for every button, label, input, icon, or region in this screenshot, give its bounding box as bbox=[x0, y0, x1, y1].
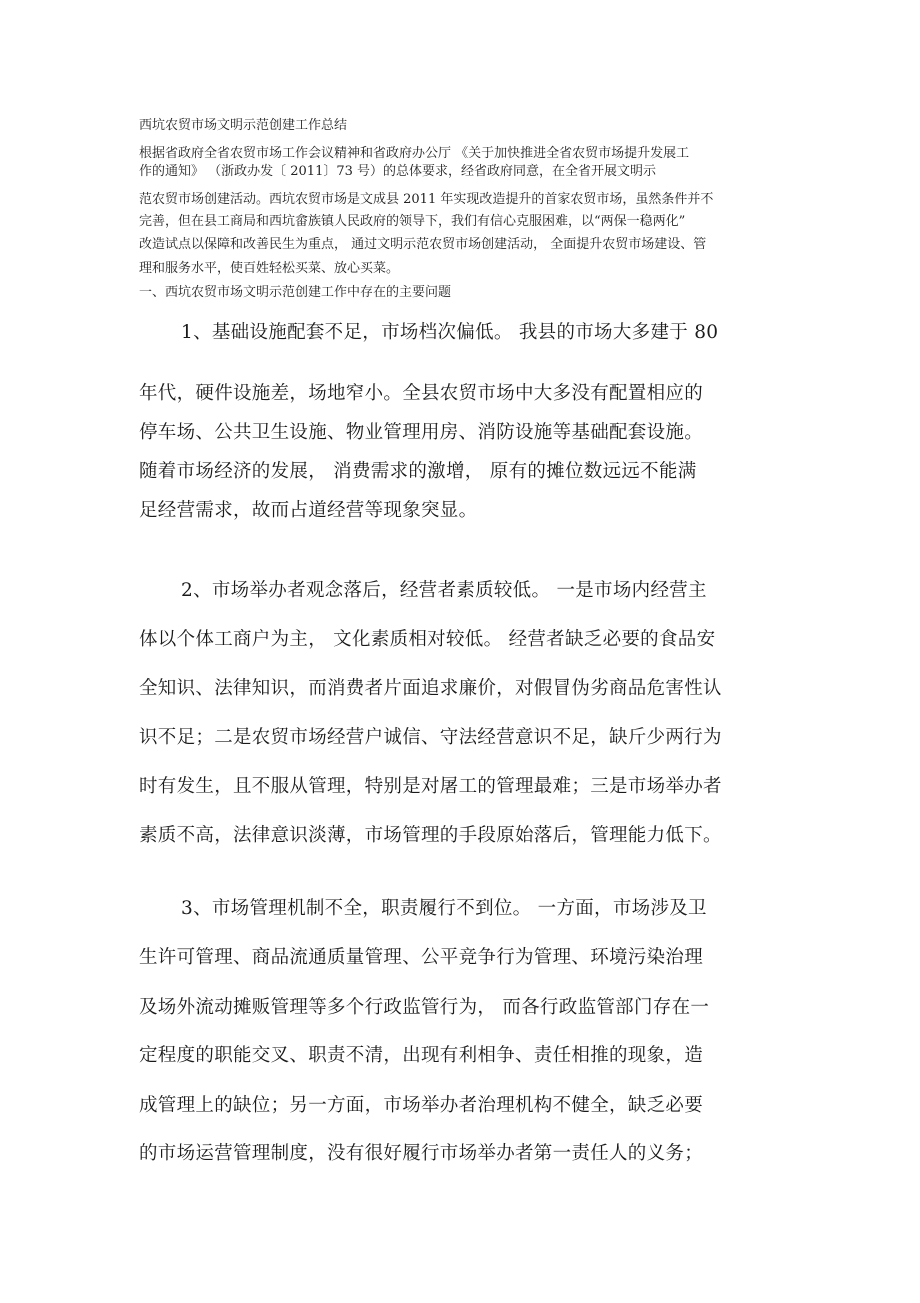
section-3-line: 定程度的职能交叉、职责不清，出现有利相争、责任相推的现象，造 bbox=[139, 1045, 703, 1067]
section-1-first-line: 1、基础设施配套不足，市场档次偏低。 我县的市场大多建于 80 bbox=[181, 322, 718, 344]
section-2-line: 识不足；二是农贸市场经营户诚信、守法经营意识不足，缺斤少两行为 bbox=[139, 727, 722, 749]
section-3-first-line: 3、市场管理机制不全，职责履行不到位。 一方面，市场涉及卫 bbox=[181, 898, 707, 920]
intro-line-3: 范农贸市场创建活动。西坑农贸市场是文成县 2011 年实现改造提升的首家农贸市场… bbox=[139, 192, 713, 208]
intro-line-1: 根据省政府全省农贸市场工作会议精神和省政府办公厅 《关于加快推进全省农贸市场提升… bbox=[139, 146, 689, 162]
section-3-line: 及场外流动摊贩管理等多个行政监管行为， 而各行政监管部门存在一 bbox=[139, 997, 709, 1019]
document-title: 西坑农贸市场文明示范创建工作总结 bbox=[139, 118, 347, 134]
section-3-line: 成管理上的缺位；另一方面，市场举办者治理机构不健全，缺乏必要 bbox=[139, 1095, 703, 1117]
section-3-line: 生许可管理、商品流通质量管理、公平竞争行为管理、环境污染治理 bbox=[139, 947, 703, 969]
section-1-line: 足经营需求，故而占道经营等现象突显。 bbox=[139, 500, 477, 522]
section-2-line: 时有发生，且不服从管理，特别是对屠工的管理最难；三是市场举办者 bbox=[139, 776, 722, 798]
intro-line-4: 完善，但在县工商局和西坑畲族镇人民政府的领导下，我们有信心克服困难，以“两保一稳… bbox=[139, 214, 685, 230]
section-2-line: 素质不高，法律意识淡薄，市场管理的手段原始落后，管理能力低下。 bbox=[139, 825, 722, 847]
intro-line-2: 作的通知》 （浙政办发〔 2011〕73 号）的总体要求，经省政府同意，在全省开… bbox=[139, 164, 656, 180]
section-1-line: 停车场、公共卫生设施、物业管理用房、消防设施等基础配套设施。 bbox=[139, 422, 703, 444]
section-2-line: 体以个体工商户为主， 文化素质相对较低。 经营者缺乏必要的食品安 bbox=[139, 629, 715, 651]
section-heading: 一、西坑农贸市场文明示范创建工作中存在的主要问题 bbox=[139, 285, 451, 301]
intro-line-5: 改造试点以保障和改善民生为重点， 通过文明示范农贸市场创建活动， 全面提升农贸市… bbox=[139, 237, 706, 253]
intro-line-6: 理和服务水平，使百姓轻松买菜、放心买菜。 bbox=[139, 261, 399, 277]
section-1-line: 年代，硬件设施差，场地窄小。全县农贸市场中大多没有配置相应的 bbox=[139, 383, 703, 405]
section-2-first-line: 2、市场举办者观念落后，经营者素质较低。 一是市场内经营主 bbox=[181, 580, 707, 602]
section-2-line: 全知识、法律知识，而消费者片面追求廉价，对假冒伪劣商品危害性认 bbox=[139, 678, 722, 700]
section-3-line: 的市场运营管理制度，没有很好履行市场举办者第一责任人的义务； bbox=[139, 1143, 703, 1165]
section-1-line: 随着市场经济的发展， 消费需求的激增， 原有的摊位数远远不能满 bbox=[139, 461, 697, 483]
